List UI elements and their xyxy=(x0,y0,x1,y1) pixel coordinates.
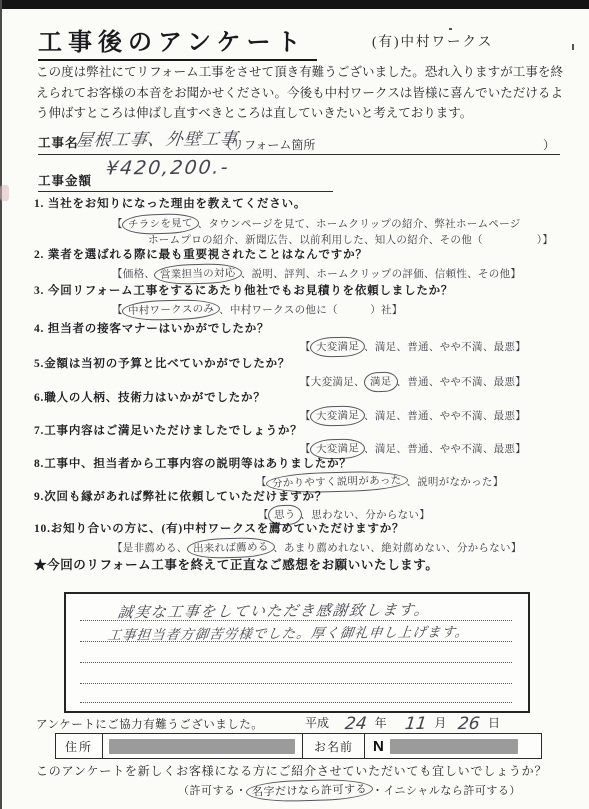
selected-option: 名字だけなら許可する xyxy=(246,778,374,802)
option-segment: ホームプロの紹介、新聞広告、以前利用した、知人の紹介、その他（ ）】 xyxy=(148,235,553,246)
question-4-options: 【大変満足、満足、普通、やや不満、最悪】 xyxy=(300,337,526,357)
question-5-text: 5.金額は当初の予算と比べていかがでしたか？ xyxy=(34,355,290,371)
year-handwritten: 24 xyxy=(344,714,368,734)
question-5-options: 【大変満足、満足、普通、やや不満、最悪】 xyxy=(300,372,526,392)
address-redaction xyxy=(109,739,295,754)
question-8-text: 8.工事中、担当者から工事内容の説明等はありましたか？ xyxy=(34,455,352,471)
month-suffix: 月 xyxy=(434,716,446,730)
question-10-text: 10.お知り合いの方に、(有)中村ワークスを薦めていただけますか？ xyxy=(34,520,404,536)
company-name: (有)中村ワークス xyxy=(372,34,493,49)
respondent-table: 住所 お名前 N xyxy=(55,733,542,759)
era-label: 平成 xyxy=(305,716,329,730)
day-handwritten: 26 xyxy=(457,714,481,734)
option-segment: 、タウンページを見て、ホームクリップの紹介、弊社ホームページ xyxy=(198,219,521,230)
reform-area-close: ） xyxy=(543,136,555,153)
option-segment: 【大変満足、 xyxy=(300,377,365,388)
option-segment: ・イニシャルなら許可する） xyxy=(372,785,521,797)
address-value-cell xyxy=(103,734,303,758)
ruled-line xyxy=(80,662,512,663)
ruled-line xyxy=(80,702,512,703)
option-segment: 、説明がなかった】 xyxy=(406,477,503,488)
option-segment: 【価格、 xyxy=(112,269,155,280)
ruled-line xyxy=(80,683,512,684)
selected-option: 大変満足 xyxy=(310,336,366,357)
option-segment: 、説明、評判、ホームクリップの評価、信頼性、その他】 xyxy=(241,269,521,280)
option-segment: 、満足、普通、やや不満、最悪】 xyxy=(364,342,526,353)
project-name-row: 工事名 屋根工事、外壁工事 （リフォーム箇所 ） xyxy=(38,133,560,155)
question-1-text: 1. 当社をお知りになった理由を教えてください。 xyxy=(34,195,306,211)
day-suffix: 日 xyxy=(488,716,500,730)
permission-question: このアンケートを新しくお客様になる方にご紹介させていただいても宜しいでしょうか？ xyxy=(36,762,547,779)
scan-edge-top xyxy=(0,0,589,9)
intro-paragraph: この度は弊社にてリフォーム工事をさせて頂き有難うございました。恐れ入りますが工事… xyxy=(36,62,563,124)
option-segment: （許可する・ xyxy=(178,785,247,797)
question-4-text: 4. 担当者の接客マナーはいかがでしたか？ xyxy=(34,320,269,336)
question-6-options: 【大変満足、満足、普通、やや不満、最悪】 xyxy=(300,406,526,426)
option-segment: 【是非薦める、 xyxy=(112,543,188,554)
option-segment: 、満足、普通、やや不満、最悪】 xyxy=(364,444,526,455)
month-handwritten: 11 xyxy=(404,714,428,734)
name-redaction xyxy=(390,739,518,754)
question-2-text: 2. 業者を選ばれる際に最も重要視されたことはなんですか？ xyxy=(34,246,368,262)
option-segment: 、満足、普通、やや不満、最悪】 xyxy=(364,411,526,422)
question-2-options: 【価格、営業担当の対応、説明、評判、ホームクリップの評価、信頼性、その他】 xyxy=(112,264,521,284)
selected-option: 満足 xyxy=(364,372,398,393)
name-value-cell: N xyxy=(365,734,540,758)
comment-box: 誠実な工事をしていただき感謝致します。 工事担当者方御苦労様でした。厚く御礼申し… xyxy=(64,592,530,713)
year-suffix: 年 xyxy=(375,716,387,730)
reform-area-note: （リフォーム箇所 xyxy=(220,136,315,153)
amount-row: 工事金額 ¥420,200.- xyxy=(38,171,333,192)
question-6-text: 6.職人の人柄、技術力はいかがでしたか？ xyxy=(34,389,266,405)
selected-option: 大変満足 xyxy=(310,405,366,426)
question-9-text: 9.次回も縁があれば弊社に依頼していただけますか？ xyxy=(34,488,327,504)
amount-label: 工事金額 xyxy=(38,174,92,188)
name-initial: N xyxy=(373,738,384,755)
question-3-options: 【中村ワークスのみ、中村ワークスの他に（ ）社】 xyxy=(112,300,403,320)
scan-artifact xyxy=(572,44,574,50)
project-name-label: 工事名 xyxy=(38,136,79,150)
date-line: 平成 24 年 11 月 26 日 xyxy=(305,712,500,732)
scan-edge-left xyxy=(0,0,2,809)
handwritten-comment-1: 誠実な工事をしていただき感謝致します。 xyxy=(117,599,432,623)
scan-smudge xyxy=(0,185,9,201)
question-1-options-line-2: ホームプロの紹介、新聞広告、以前利用した、知人の紹介、その他（ ）】 xyxy=(148,232,553,247)
option-segment: 、あまり薦めれない、絶対薦めない、分からない】 xyxy=(273,543,521,554)
question-3-text: 3. 今回リフォーム工事をするにあたり他社でもお見積りを依頼しましたか？ xyxy=(34,282,453,298)
thanks-text: アンケートにご協力有難うございました。 xyxy=(36,716,263,732)
address-label: 住所 xyxy=(56,734,103,758)
question-1-options-line-1: 【チラシを見て、タウンページを見て、ホームクリップの紹介、弊社ホームページ xyxy=(112,214,521,234)
name-label: お名前 xyxy=(303,734,365,758)
page-title: 工事後のアンケート xyxy=(38,30,317,61)
option-segment: 、普通、やや不満、最悪】 xyxy=(396,377,526,388)
project-name-handwritten: 屋根工事、外壁工事 xyxy=(74,124,239,150)
permission-options: （許可する・名字だけなら許可する・イニシャルなら許可する） xyxy=(178,780,521,801)
amount-handwritten: ¥420,200.- xyxy=(105,156,231,179)
handwritten-comment-2: 工事担当者方御苦労様でした。厚く御礼申し上げます。 xyxy=(107,620,471,643)
question-7-text: 7.工事内容はご満足いただけましたでしょうか？ xyxy=(34,422,303,438)
selected-option: 中村ワークスのみ xyxy=(122,299,221,322)
option-segment: 、中村ワークスの他に（ ）社】 xyxy=(219,305,403,316)
scanned-survey-page: 工事後のアンケート (有)中村ワークス この度は弊社にてリフォーム工事をさせて頂… xyxy=(0,0,589,809)
comment-prompt: ★今回のリフォーム工事を終えて正直なご感想をお願いいたします。 xyxy=(34,555,438,573)
